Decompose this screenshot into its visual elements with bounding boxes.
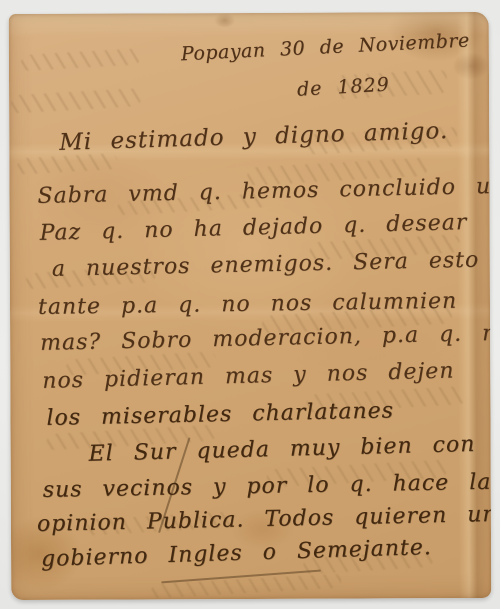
body-line-3: a nuestros enemigos. Sera esto bas	[52, 246, 492, 282]
salutation: Mi estimado y digno amigo.	[59, 118, 449, 156]
body-line-7: los miserables charlatanes	[46, 398, 394, 431]
bleed-mark	[151, 574, 341, 599]
letter-photograph: Popayan 30 de Noviembre de 1829 Mi estim…	[0, 0, 500, 609]
bleed-through-writing	[9, 12, 489, 14]
bleed-mark	[11, 88, 142, 113]
body-line-5: mas? Sobro moderacion, p.a q. no	[40, 321, 491, 356]
body-line-10: opinion Publica. Todos quieren un	[37, 502, 492, 537]
bleed-mark	[21, 48, 142, 71]
dateline-place-date: Popayan 30 de Noviembre	[180, 29, 470, 65]
body-line-9: sus vecinos y por lo q. hace la	[43, 470, 492, 503]
bleed-mark	[17, 153, 118, 175]
body-line-1: Sabra vmd q. hemos concluido una	[37, 173, 491, 209]
letter-paper-sheet: Popayan 30 de Noviembre de 1829 Mi estim…	[9, 12, 492, 600]
